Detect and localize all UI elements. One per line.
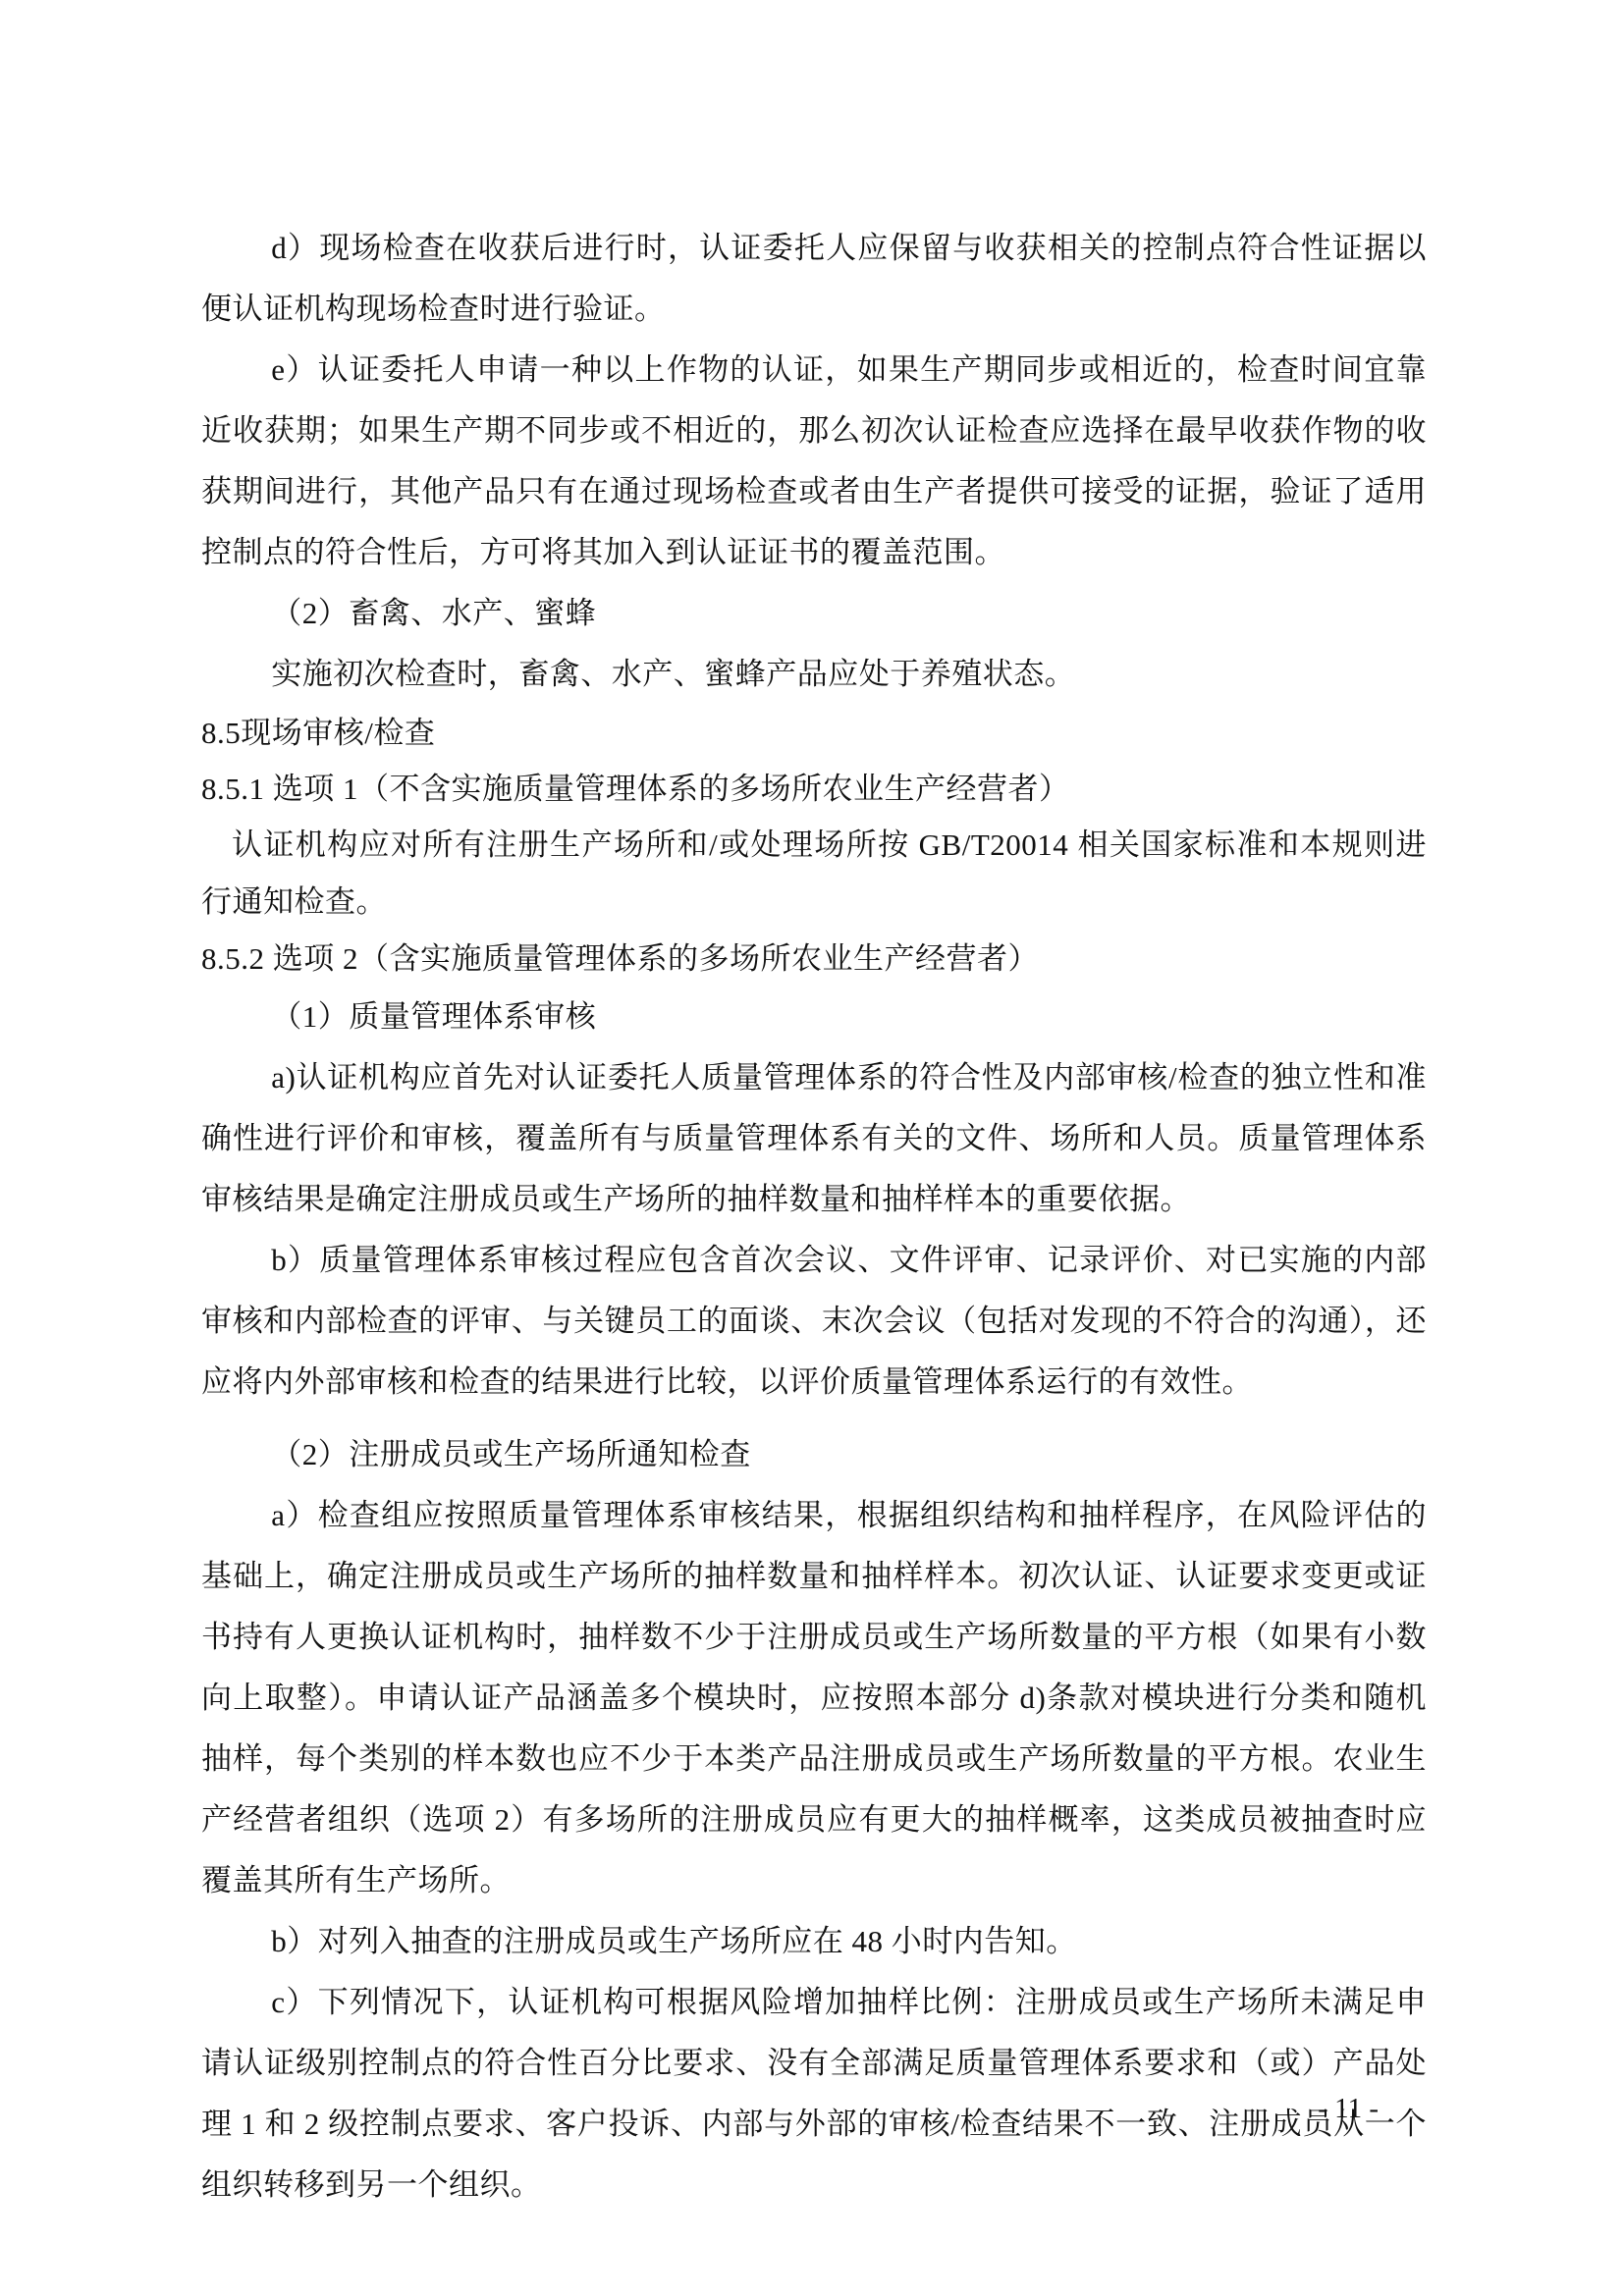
paragraph-d-onsite-after-harvest: d）现场检查在收获后进行时，认证委托人应保留与收获相关的控制点符合性证据以便认证… (201, 218, 1427, 340)
paragraph-initial-inspection-status: 实施初次检查时，畜禽、水产、蜜蜂产品应处于养殖状态。 (201, 644, 1427, 705)
heading-8-5-1: 8.5.1 选项 1（不含实施质量管理体系的多场所农业生产经营者） (201, 761, 1427, 817)
paragraph-c-risk-sampling-increase: c）下列情况下，认证机构可根据风险增加抽样比例：注册成员或生产场所未满足申请认证… (201, 1972, 1427, 2216)
document-body: d）现场检查在收获后进行时，认证委托人应保留与收获相关的控制点符合性证据以便认证… (201, 218, 1427, 2216)
paragraph-2-member-notice-heading: （2）注册成员或生产场所通知检查 (201, 1424, 1427, 1485)
paragraph-e-multiple-crops: e）认证委托人申请一种以上作物的认证，如果生产期同步或相近的，检查时间宜靠近收获… (201, 340, 1427, 583)
paragraph-a-qms-evaluation: a)认证机构应首先对认证委托人质量管理体系的符合性及内部审核/检查的独立性和准确… (201, 1047, 1427, 1230)
paragraph-a-sampling: a）检查组应按照质量管理体系审核结果，根据组织结构和抽样程序，在风险评估的基础上… (201, 1485, 1427, 1911)
document-page: d）现场检查在收获后进行时，认证委托人应保留与收获相关的控制点符合性证据以便认证… (0, 0, 1624, 2296)
paragraph-b-48h-notice: b）对列入抽查的注册成员或生产场所应在 48 小时内告知。 (201, 1911, 1427, 1972)
paragraph-2-livestock-heading: （2）畜禽、水产、蜜蜂 (201, 583, 1427, 644)
paragraph-8-5-1-body: 认证机构应对所有注册生产场所和/或处理场所按 GB/T20014 相关国家标准和… (201, 817, 1427, 931)
page-number: - 11 - (1318, 2091, 1379, 2126)
paragraph-1-qms-audit-heading: （1）质量管理体系审核 (201, 987, 1427, 1047)
paragraph-b-qms-audit-process: b）质量管理体系审核过程应包含首次会议、文件评审、记录评价、对已实施的内部审核和… (201, 1230, 1427, 1413)
heading-8-5-2: 8.5.2 选项 2（含实施质量管理体系的多场所农业生产经营者） (201, 931, 1427, 987)
heading-8-5: 8.5现场审核/检查 (201, 705, 1427, 761)
